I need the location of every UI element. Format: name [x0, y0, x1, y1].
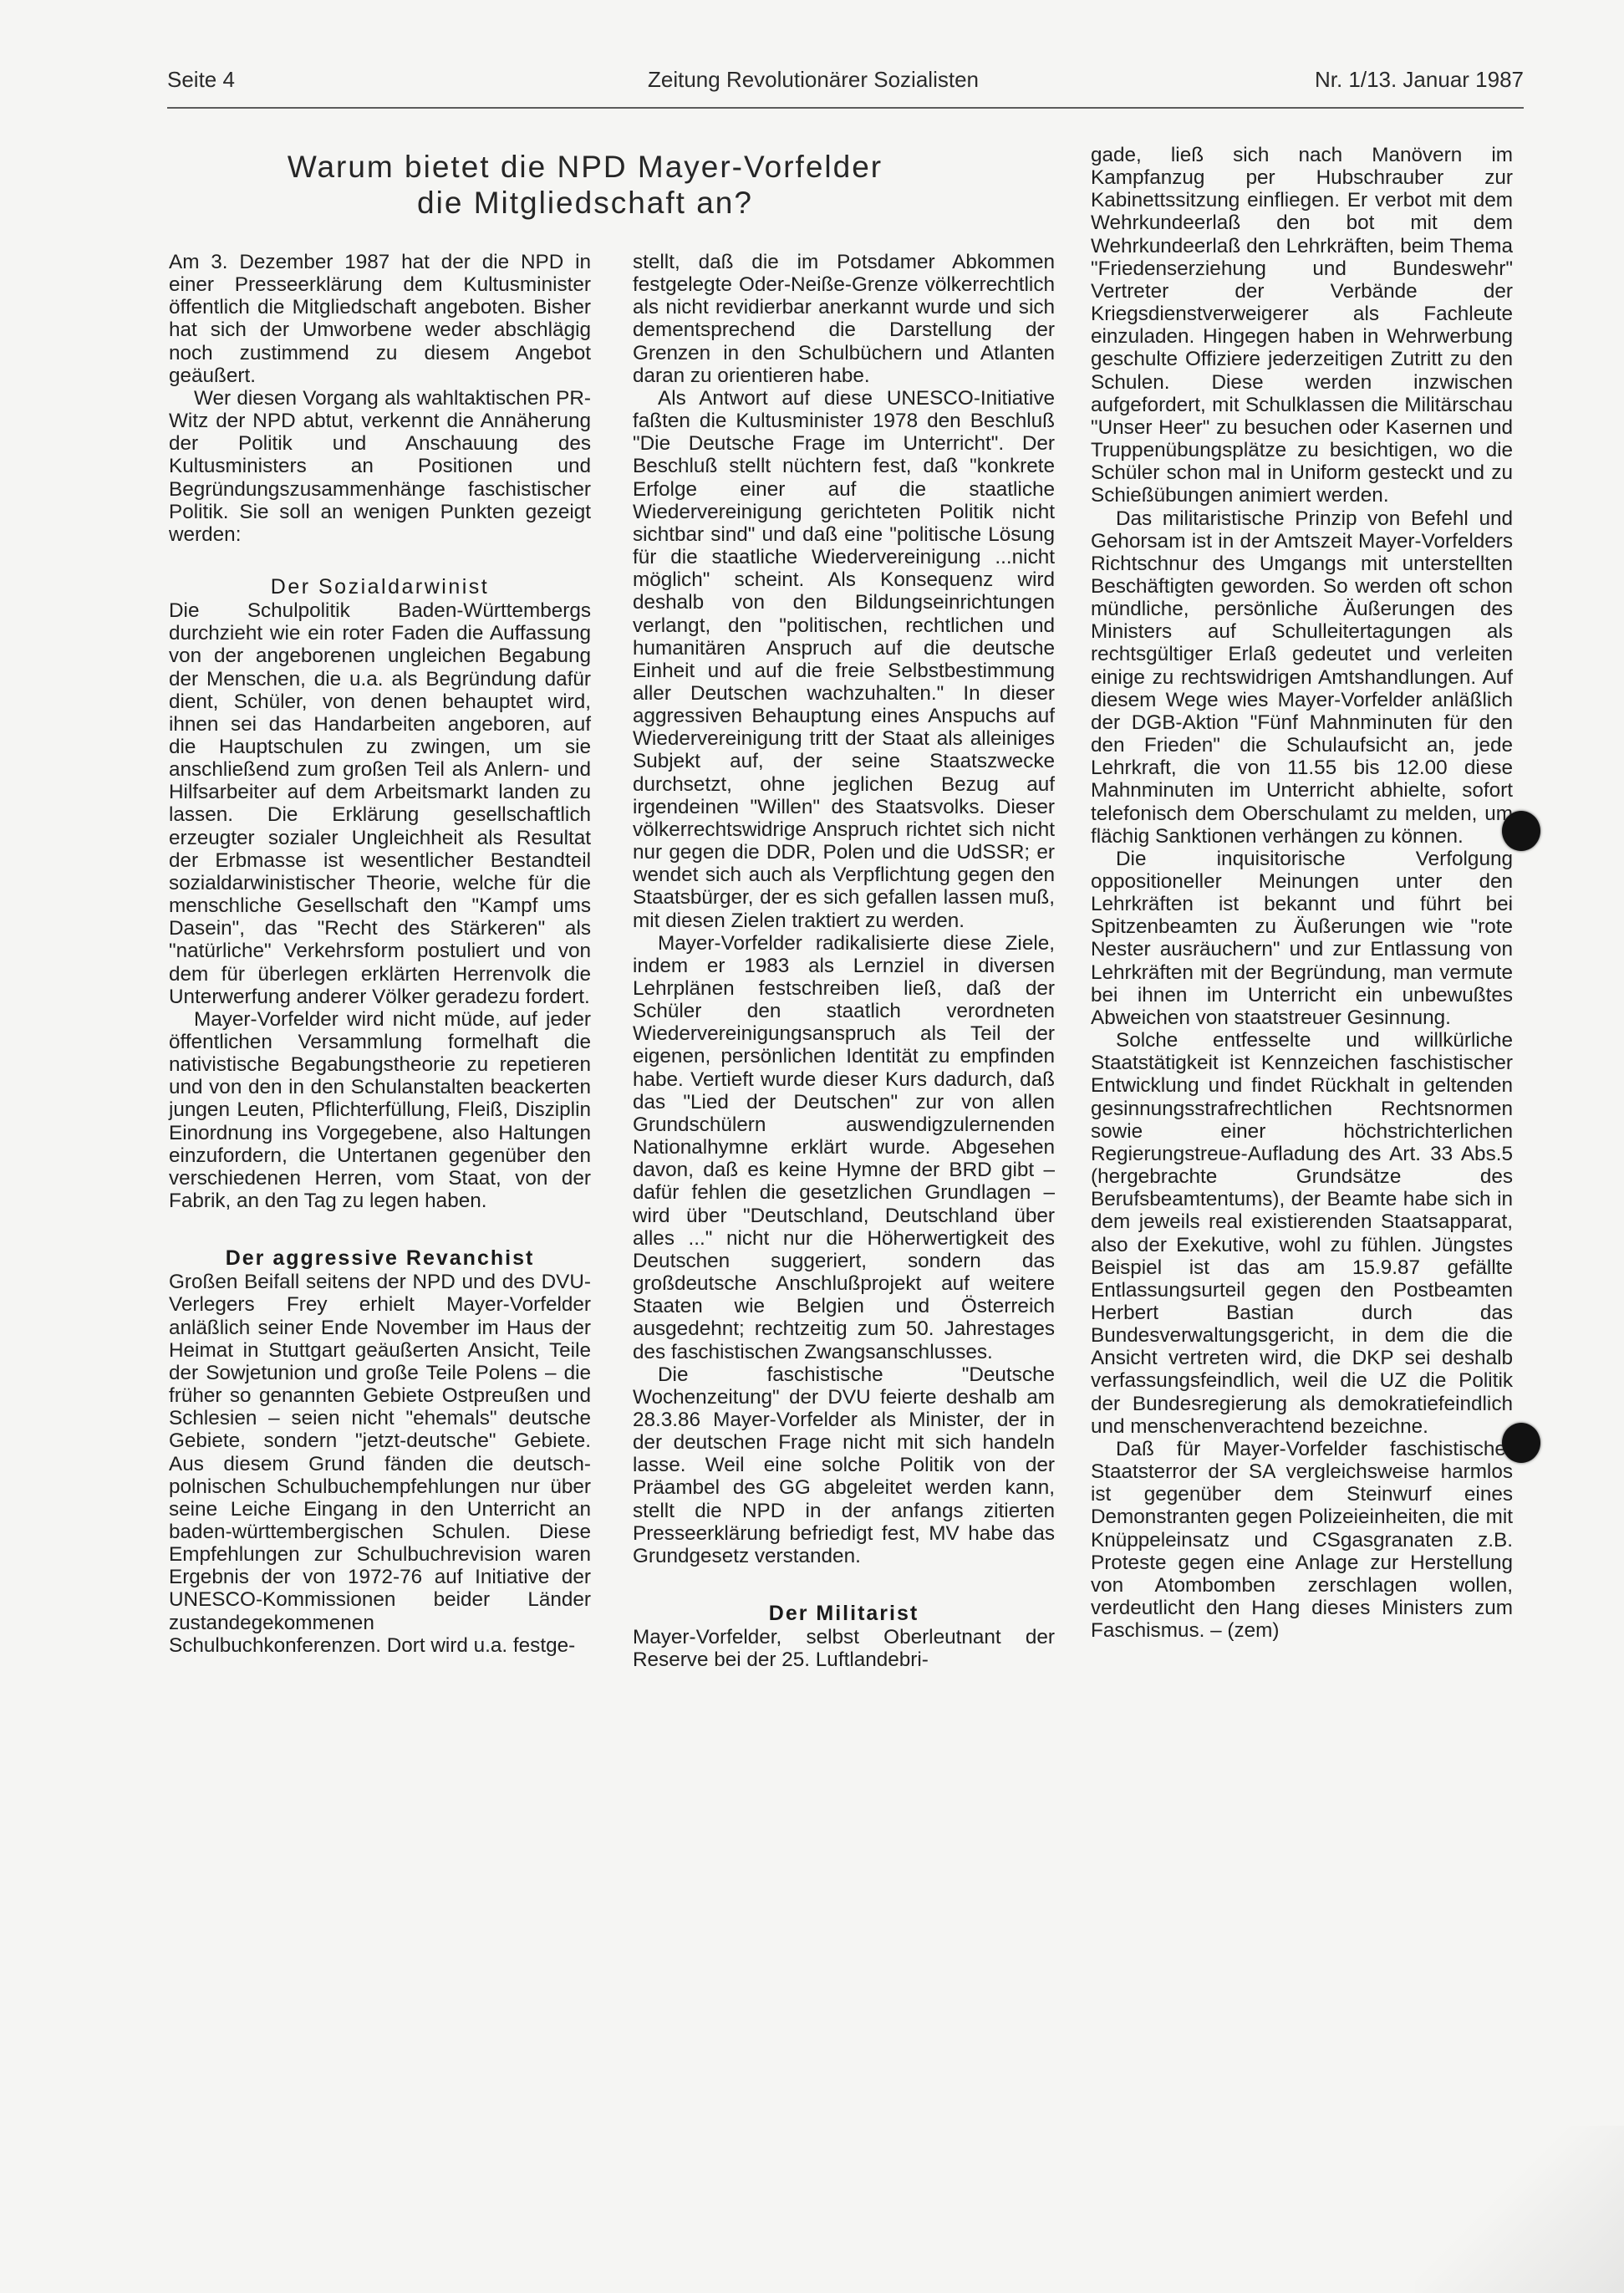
subheading-revanchist: Der aggressive Revanchist	[169, 1246, 591, 1271]
punch-hole-icon	[1502, 1423, 1540, 1463]
article-column-1: Am 3. Dezember 1987 hat der die NPD in e…	[169, 251, 591, 1657]
subheading-militarist: Der Militarist	[633, 1601, 1055, 1626]
article-headline: Warum bietet die NPD Mayer-Vorfelder die…	[209, 149, 961, 221]
paper-shadow	[1415, 2126, 1624, 2293]
paragraph: Die faschistische "Deutsche Wochenzeitun…	[633, 1363, 1055, 1567]
paragraph: Großen Beifall seitens der NPD und des D…	[169, 1271, 591, 1657]
paragraph: Am 3. Dezember 1987 hat der die NPD in e…	[169, 251, 591, 387]
paragraph: Das militaristische Prinzip von Befehl u…	[1091, 507, 1513, 848]
issue-date: Nr. 1/13. Januar 1987	[1315, 67, 1524, 93]
paragraph: Mayer-Vorfelder, selbst Oberleutnant der…	[633, 1626, 1055, 1671]
paragraph: stellt, daß die im Potsdamer Abkommen fe…	[633, 251, 1055, 387]
paragraph: Die Schulpolitik Baden-Württembergs durc…	[169, 599, 591, 1008]
publication-name: Zeitung Revolutionärer Sozialisten	[648, 67, 979, 93]
headline-line-2: die Mitgliedschaft an?	[209, 185, 961, 221]
paragraph: Mayer-Vorfelder wird nicht müde, auf jed…	[169, 1008, 591, 1212]
header-divider	[167, 107, 1524, 109]
headline-line-1: Warum bietet die NPD Mayer-Vorfelder	[209, 149, 961, 185]
article-column-3: gade, ließ sich nach Manövern im Kampfan…	[1091, 144, 1513, 1642]
subheading-sozialdarwinist: Der Sozialdarwinist	[169, 574, 591, 599]
page-number: Seite 4	[167, 67, 235, 93]
article-column-2: stellt, daß die im Potsdamer Abkommen fe…	[633, 251, 1055, 1671]
paragraph: Als Antwort auf diese UNESCO-Initiative …	[633, 387, 1055, 932]
paragraph: gade, ließ sich nach Manövern im Kampfan…	[1091, 144, 1513, 507]
paragraph: Wer diesen Vorgang als wahltaktischen PR…	[169, 387, 591, 546]
paragraph: Daß für Mayer-Vorfelder faschistischer S…	[1091, 1438, 1513, 1642]
running-header: Seite 4 Zeitung Revolutionärer Sozialist…	[167, 67, 1524, 105]
punch-hole-icon	[1502, 811, 1540, 851]
newspaper-page: Seite 4 Zeitung Revolutionärer Sozialist…	[0, 0, 1624, 2293]
paragraph: Mayer-Vorfelder radikalisierte diese Zie…	[633, 932, 1055, 1363]
paragraph: Die inquisitorische Verfolgung oppositio…	[1091, 848, 1513, 1029]
paragraph: Solche entfesselte und willkürliche Staa…	[1091, 1029, 1513, 1438]
